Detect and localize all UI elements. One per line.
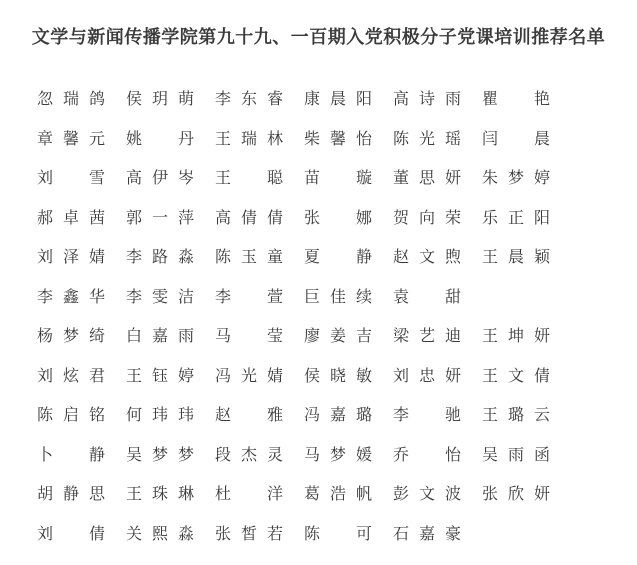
person-name: 杜洋 [215, 485, 283, 504]
person-name: 王璐云 [482, 406, 550, 425]
person-name: 马莹 [215, 327, 283, 346]
person-name: 卜静 [37, 446, 105, 465]
person-name: 王瑞林 [215, 130, 283, 149]
person-name: 陈启铭 [37, 406, 105, 425]
person-name: 梁艺迪 [393, 327, 461, 346]
person-name: 李东睿 [215, 90, 283, 109]
person-name: 刘炫君 [37, 367, 105, 386]
name-list: 忽瑞鸽侯玥萌李东睿康晨阳高诗雨瞿艳章馨元姚丹王瑞林柴馨怡陈光瑶闫晨刘雪高伊岑王聪… [37, 90, 550, 564]
person-name: 夏静 [304, 248, 372, 267]
person-name: 冯嘉璐 [304, 406, 372, 425]
person-name: 郝卓茜 [37, 209, 105, 228]
person-name: 吴雨函 [482, 446, 550, 465]
person-name: 瞿艳 [482, 90, 550, 109]
person-name: 刘泽婧 [37, 248, 105, 267]
person-name: 董思妍 [393, 169, 461, 188]
person-name: 袁甜 [393, 288, 461, 307]
person-name: 高伊岑 [126, 169, 194, 188]
person-name: 王坤妍 [482, 327, 550, 346]
person-name: 苗璇 [304, 169, 372, 188]
person-name: 关熙淼 [126, 525, 194, 544]
person-name: 马梦媛 [304, 446, 372, 465]
person-name: 王聪 [215, 169, 283, 188]
person-name: 李路淼 [126, 248, 194, 267]
person-name: 王晨颖 [482, 248, 550, 267]
person-name: 李鑫华 [37, 288, 105, 307]
person-name: 吴梦梦 [126, 446, 194, 465]
person-name: 刘倩 [37, 525, 105, 544]
person-name: 葛浩帆 [304, 485, 372, 504]
person-name: 朱梦婷 [482, 169, 550, 188]
person-name: 陈玉童 [215, 248, 283, 267]
person-name: 陈可 [304, 525, 372, 544]
person-name: 刘雪 [37, 169, 105, 188]
person-name: 张皙若 [215, 525, 283, 544]
person-name: 侯晓敏 [304, 367, 372, 386]
person-name: 彭文波 [393, 485, 461, 504]
person-name: 柴馨怡 [304, 130, 372, 149]
person-name: 康晨阳 [304, 90, 372, 109]
person-name: 贺向荣 [393, 209, 461, 228]
person-name: 段杰灵 [215, 446, 283, 465]
person-name: 张娜 [304, 209, 372, 228]
person-name: 陈光瑶 [393, 130, 461, 149]
person-name: 张欣妍 [482, 485, 550, 504]
document-page: 文学与新闻传播学院第九十九、一百期入党积极分子党课培训推荐名单 忽瑞鸽侯玥萌李东… [0, 0, 637, 565]
person-name: 姚丹 [126, 130, 194, 149]
person-name: 乔怡 [393, 446, 461, 465]
person-name: 刘忠妍 [393, 367, 461, 386]
person-name: 高倩倩 [215, 209, 283, 228]
person-name: 赵文煦 [393, 248, 461, 267]
person-name: 郭一萍 [126, 209, 194, 228]
document-title: 文学与新闻传播学院第九十九、一百期入党积极分子党课培训推荐名单 [0, 0, 637, 49]
person-name: 李雯洁 [126, 288, 194, 307]
person-name: 胡静思 [37, 485, 105, 504]
person-name: 忽瑞鸽 [37, 90, 105, 109]
person-name: 闫晨 [482, 130, 550, 149]
person-name: 赵雅 [215, 406, 283, 425]
person-name: 王珠琳 [126, 485, 194, 504]
person-name: 李萱 [215, 288, 283, 307]
person-name: 王钰婷 [126, 367, 194, 386]
person-name: 李驰 [393, 406, 461, 425]
person-name: 侯玥萌 [126, 90, 194, 109]
person-name: 杨梦绮 [37, 327, 105, 346]
person-name: 高诗雨 [393, 90, 461, 109]
person-name: 王文倩 [482, 367, 550, 386]
person-name: 廖姜吉 [304, 327, 372, 346]
person-name: 冯光婧 [215, 367, 283, 386]
person-name: 石嘉豪 [393, 525, 461, 544]
person-name: 白嘉雨 [126, 327, 194, 346]
person-name: 乐正阳 [482, 209, 550, 228]
person-name: 巨佳续 [304, 288, 372, 307]
person-name: 何玮玮 [126, 406, 194, 425]
person-name: 章馨元 [37, 130, 105, 149]
